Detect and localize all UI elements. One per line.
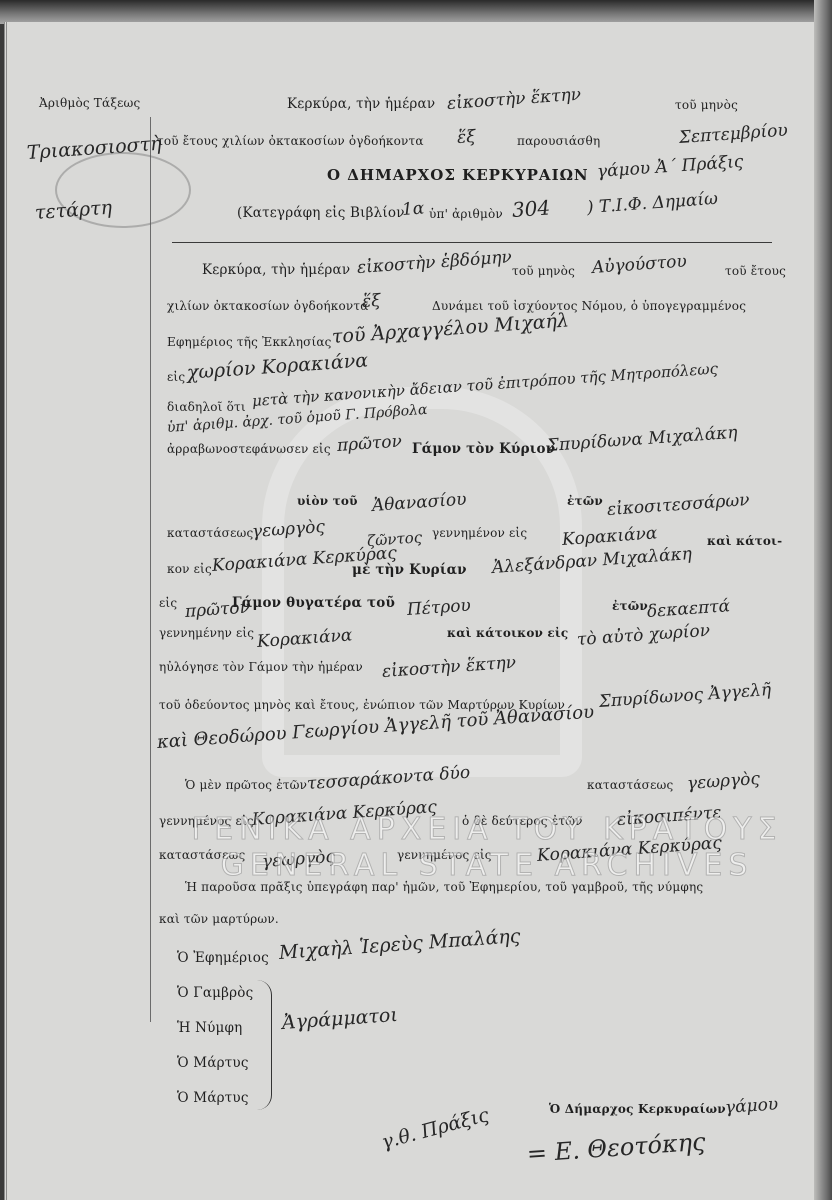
watermark-english: GENERAL STATE ARCHIVES xyxy=(167,848,807,884)
resident-label: καὶ κάτοι- xyxy=(707,534,782,548)
church-name-hand: τοῦ Ἀρχαγγέλου Μιχαήλ xyxy=(331,309,569,348)
groom-label: Γάμον τὸν Κύριον xyxy=(412,441,555,457)
groom-name-hand: Σπυρίδωνα Μιχαλάκη xyxy=(546,423,738,456)
son-of-label: υἱὸν τοῦ xyxy=(297,494,358,508)
header-day-hand: εἰκοστὴν ἕκτην xyxy=(446,85,581,114)
groom-signature-label: Ὁ Γαμβρὸς xyxy=(177,985,253,1001)
header-month-hand: Σεπτεμβρίου xyxy=(678,120,788,148)
header-extra-hand: ) Τ.Ι.Φ. Δημαίω xyxy=(586,189,718,218)
header-line2-prefix: τοῦ ἔτους χιλίων ὀκτακοσίων ὀγδοήκοντα xyxy=(157,134,424,148)
header-presented-label: παρουσιάσθη xyxy=(517,134,600,148)
body-day-hand: εἰκοστὴν ἑβδόμην xyxy=(356,247,512,278)
location-label: εἰς xyxy=(167,370,185,384)
groom-birthplace-label: γεννημένον εἰς xyxy=(432,526,527,540)
declares-label: διαδηλοῖ ὅτι xyxy=(167,400,246,414)
body-year-label: τοῦ ἔτους xyxy=(725,264,786,278)
body-month-label: τοῦ μηνὸς xyxy=(512,264,575,278)
priest-signature-label: Ὁ Ἐφημέριος xyxy=(177,950,269,966)
illiterate-note-signature: Ἀγράμματοι xyxy=(281,1004,398,1034)
bride-order-label: εἰς xyxy=(159,596,177,610)
priest-church-label: Εφημέριος τῆς Ἐκκλησίας xyxy=(167,335,332,349)
record-number: 304 xyxy=(511,195,551,222)
witness2-signature-label: Ὁ Μάρτυς xyxy=(177,1090,249,1106)
register-page: Ἀριθμὸς Τάξεως Τριακοσιοστὴ τετάρτη Κερκ… xyxy=(4,22,816,1200)
book-binding-top xyxy=(0,0,832,24)
bride-residence-label: καὶ κάτοικον εἰς xyxy=(447,626,568,640)
groom-age-label: ἐτῶν xyxy=(567,494,603,508)
witness1-name-hand: Σπυρίδωνος Ἀγγελῆ xyxy=(598,680,771,712)
book-page-edge xyxy=(814,0,832,1200)
bride-label: μὲ τὴν Κυρίαν xyxy=(352,562,467,578)
watermark-greek: ΓΕΝΙΚΑ ΑΡΧΕΙΑ ΤΟΥ ΚΡΑΤΟΥΣ xyxy=(167,812,807,848)
header-month-label: τοῦ μηνὸς xyxy=(675,98,738,112)
witness1-signature-label: Ὁ Μάρτυς xyxy=(177,1055,249,1071)
bride-age-label: ἐτῶν xyxy=(612,599,648,613)
mayor-signature: = Ε. Θεοτόκης xyxy=(526,1128,706,1168)
first-witness-status-label: καταστάσεως xyxy=(587,778,673,792)
header-book-label: (Κατεγράφη εἰς Βιβλίον xyxy=(237,205,405,221)
bride-residence-hand: τὸ αὐτὸ χωρίον xyxy=(576,621,710,650)
betrothed-label: ἀρραβωνοστεφάνωσεν εἰς xyxy=(167,442,331,456)
mayor-signature-label: Ὁ Δήμαρχος Κερκυραίων xyxy=(549,1102,726,1116)
bride-age-hand: δεκαεπτά xyxy=(646,596,730,622)
location-hand: χωρίον Κορακιάνα xyxy=(186,349,369,384)
mayor-title: Ο ΔΗΜΑΡΧΟΣ ΚΕΡΚΥΡΑΙΩΝ xyxy=(327,166,589,184)
header-year-hand: ἕξ xyxy=(456,127,476,148)
header-number-label: ὑπ' ἀριθμὸν xyxy=(429,207,503,221)
body-date-prefix: Κερκύρα, τὴν ἡμέραν xyxy=(202,262,350,278)
body-month-hand: Αὐγούστου xyxy=(591,251,687,278)
margin-column-rule xyxy=(150,117,151,1022)
header-act-hand: γάμου Ἀ΄ Πράξις xyxy=(596,152,744,182)
left-note-hand: γ.θ. Πράξις xyxy=(379,1104,491,1154)
header-divider xyxy=(172,242,772,243)
and-witnesses-text: καὶ τῶν μαρτύρων. xyxy=(159,912,279,926)
first-witness-age-label: Ὁ μὲν πρῶτος ἐτῶν xyxy=(185,778,307,792)
groom-residence-label: κον εἰς xyxy=(167,562,212,576)
mayor-note-hand: γάμου xyxy=(724,1094,779,1118)
signature-brace xyxy=(257,980,272,1110)
bride-birthplace-label: γεννημένην εἰς xyxy=(159,626,254,640)
first-witness-status-hand: γεωργὸς xyxy=(686,769,760,794)
body-year-prefix: χιλίων ὀκτακοσίων ὀγδοήκοντα xyxy=(167,299,369,313)
header-line1-prefix: Κερκύρα, τὴν ἡμέραν xyxy=(287,96,435,112)
groom-age-hand: εἰκοσιτεσσάρων xyxy=(606,490,750,520)
bride-signature-label: Ἡ Νύμφη xyxy=(177,1020,242,1036)
body-law-clause: Δυνάμει τοῦ ἰσχύοντος Νόμου, ὁ ὑπογεγραμ… xyxy=(432,299,746,313)
header-book-hand: 1α xyxy=(401,198,425,220)
priest-signature: Μιχαὴλ Ἱερεὺς Μπαλάης xyxy=(278,925,521,964)
daughter-of-label: Γάμον θυγατέρα τοῦ xyxy=(232,595,395,611)
margin-header: Ἀριθμὸς Τάξεως xyxy=(39,96,140,110)
blessed-label: ηὐλόγησε τὸν Γάμον τὴν ἡμέραν xyxy=(159,660,363,674)
body-year-hand: ἕξ xyxy=(361,291,381,312)
archives-watermark: ΓΕΝΙΚΑ ΑΡΧΕΙΑ ΤΟΥ ΚΡΑΤΟΥΣ GENERAL STATE … xyxy=(167,812,807,884)
groom-status-label: καταστάσεως xyxy=(167,526,253,540)
